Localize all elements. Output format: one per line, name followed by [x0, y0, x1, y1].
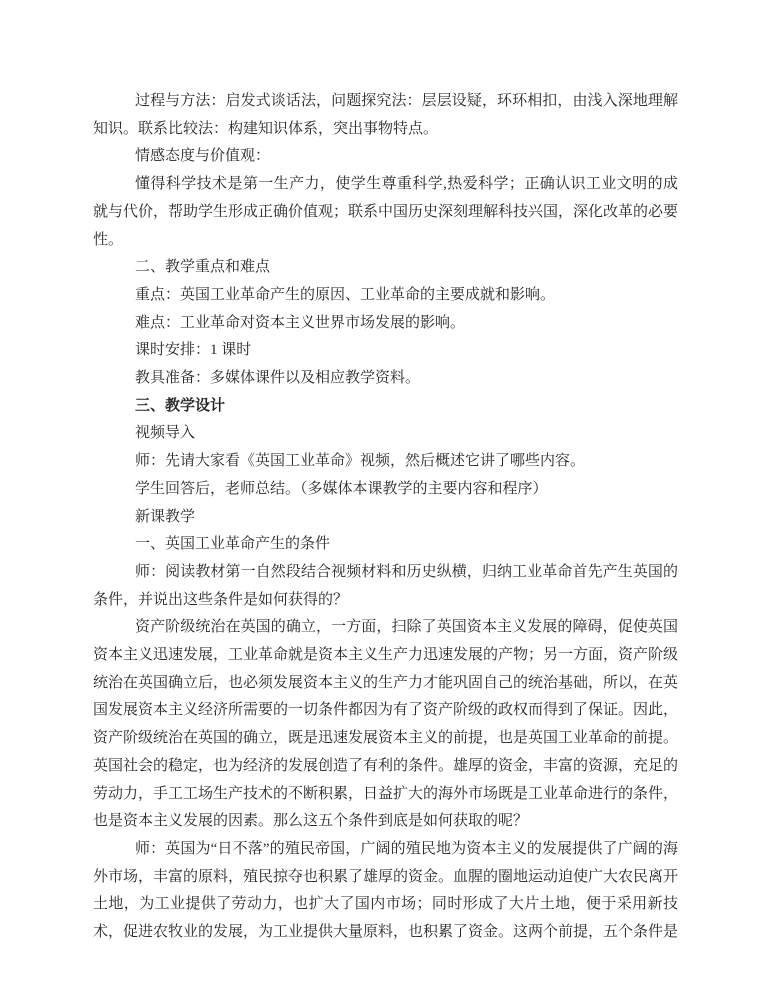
paragraph: 难点：工业革命对资本主义世界市场发展的影响。	[93, 310, 678, 338]
paragraph: 师：先请大家看《英国工业革命》视频，然后概述它讲了哪些内容。	[93, 448, 678, 476]
paragraph: 课时安排：1 课时	[93, 337, 678, 365]
paragraph: 情感态度与价值观：	[93, 143, 678, 171]
document-page: 过程与方法：启发式谈话法，问题探究法：层层设疑，环环相扣，由浅入深地理解知识。联…	[0, 0, 770, 1000]
document-body: 过程与方法：启发式谈话法，问题探究法：层层设疑，环环相扣，由浅入深地理解知识。联…	[93, 88, 678, 947]
paragraph: 教具准备：多媒体课件以及相应教学资料。	[93, 365, 678, 393]
paragraph: 新课教学	[93, 504, 678, 532]
paragraph: 视频导入	[93, 420, 678, 448]
paragraph: 学生回答后，老师总结。（多媒体本课教学的主要内容和程序）	[93, 476, 678, 504]
paragraph: 懂得科学技术是第一生产力，使学生尊重科学,热爱科学；正确认识工业文明的成就与代价…	[93, 171, 678, 254]
paragraph: 师：阅读教材第一自然段结合视频材料和历史纵横，归纳工业革命首先产生英国的条件，并…	[93, 559, 678, 614]
paragraph: 资产阶级统治在英国的确立，一方面，扫除了英国资本主义发展的障碍，促使英国资本主义…	[93, 614, 678, 836]
paragraph: 二、教学重点和难点	[93, 254, 678, 282]
paragraph: 师：英国为“日不落”的殖民帝国，广阔的殖民地为资本主义的发展提供了广阔的海外市场…	[93, 836, 678, 947]
paragraph: 重点：英国工业革命产生的原因、工业革命的主要成就和影响。	[93, 282, 678, 310]
heading-paragraph: 三、教学设计	[93, 393, 678, 421]
paragraph: 一、英国工业革命产生的条件	[93, 531, 678, 559]
paragraph: 过程与方法：启发式谈话法，问题探究法：层层设疑，环环相扣，由浅入深地理解知识。联…	[93, 88, 678, 143]
